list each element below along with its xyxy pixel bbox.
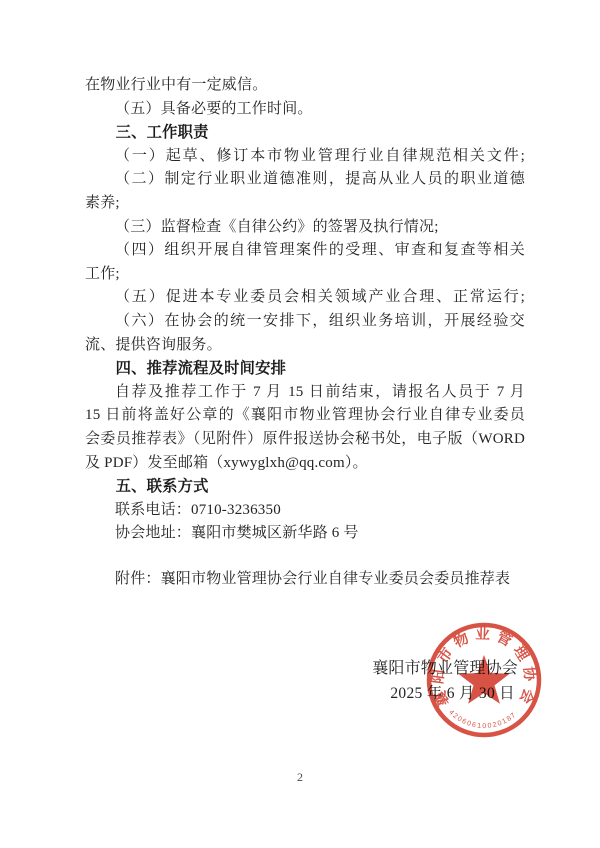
- body-text-line: 在物业行业中有一定威信。: [85, 74, 525, 98]
- section-heading-duties: 三、工作职责: [85, 121, 525, 145]
- body-text-line: 会委员推荐表》（见附件）原件报送协会秘书处，电子版（WORD: [85, 428, 525, 452]
- document-page: 在物业行业中有一定威信。 （五）具备必要的工作时间。 三、工作职责 （一）起草、…: [0, 0, 600, 848]
- body-text-line: 及 PDF）发至邮箱（xywyglxh@qq.com）。: [85, 452, 525, 476]
- body-text-line: 自荐及推荐工作于 7 月 15 日前结束，请报名人员于 7 月: [85, 381, 525, 405]
- page-number: 2: [0, 770, 600, 785]
- seal-code-text: 42060610020187: [447, 709, 518, 730]
- section-heading-process: 四、推荐流程及时间安排: [85, 357, 525, 381]
- seal-ring: [429, 625, 539, 735]
- body-text-line: 工作;: [85, 263, 525, 287]
- signature-org: 襄阳市物业管理协会: [372, 655, 518, 678]
- body-text-line: （五）促进本专业委员会相关领域产业合理、正常运行;: [85, 286, 525, 310]
- body-text-line: （三）监督检查《自律公约》的签署及执行情况;: [85, 216, 525, 240]
- body-text-line: （六）在协会的统一安排下，组织业务培训，开展经验交: [85, 310, 525, 334]
- contact-phone-line: 联系电话：0710-3236350: [85, 499, 525, 523]
- body-text-line: 15 日前将盖好公章的《襄阳市物业管理协会行业自律专业委员: [85, 404, 525, 428]
- attachment-line: 附件：襄阳市物业管理协会行业自律专业委员会委员推荐表: [85, 568, 525, 592]
- body-text-line: （五）具备必要的工作时间。: [85, 98, 525, 122]
- body-text-line: 素养;: [85, 192, 525, 216]
- section-heading-contact: 五、联系方式: [85, 475, 525, 499]
- body-text-line: （四）组织开展自律管理案件的受理、审查和复查等相关: [85, 239, 525, 263]
- body-text-line: （二）制定行业职业道德准则，提高从业人员的职业道德: [85, 168, 525, 192]
- body-text-line: （一）起草、修订本市物业管理行业自律规范相关文件;: [85, 145, 525, 169]
- signature-date: 2025 年 6 月 30 日: [390, 681, 515, 703]
- document-body: 在物业行业中有一定威信。 （五）具备必要的工作时间。 三、工作职责 （一）起草、…: [85, 74, 525, 591]
- contact-address-line: 协会地址：襄阳市樊城区新华路 6 号: [85, 522, 525, 546]
- body-text-line: 流、提供咨询服务。: [85, 334, 525, 358]
